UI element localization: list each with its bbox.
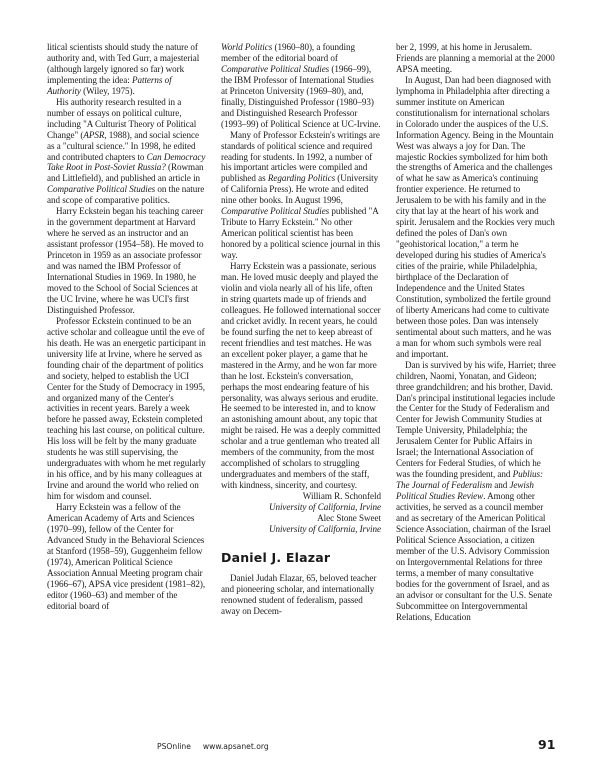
journal-page: litical scientists should study the natu… bbox=[0, 0, 600, 776]
signature-name: William R. Schonfeld bbox=[221, 491, 381, 502]
journal-title: Comparative Political Studies bbox=[47, 184, 155, 194]
text: (Wiley, 1975). bbox=[81, 86, 135, 96]
text: and bbox=[492, 480, 509, 490]
footer-site: PSOnlinewww.apsanet.org bbox=[157, 742, 269, 751]
text: litical scientists should study the natu… bbox=[47, 42, 199, 85]
paragraph: Professor Eckstein continued to be an ac… bbox=[47, 316, 207, 502]
paragraph: Harry Eckstein was a passionate, serious… bbox=[221, 261, 381, 491]
paragraph: In August, Dan had been diagnosed with l… bbox=[396, 75, 556, 360]
text-column-2: World Politics (1960–80), a founding mem… bbox=[221, 42, 381, 617]
journal-title: Comparative Political Studies bbox=[221, 206, 329, 216]
text-column-3: ber 2, 1999, at his home in Jerusalem. F… bbox=[396, 42, 556, 623]
publication-name: PSOnline bbox=[157, 742, 191, 751]
paragraph: Many of Professor Eckstein's writings ar… bbox=[221, 130, 381, 261]
paragraph: Harry Eckstein began his teaching career… bbox=[47, 206, 207, 316]
paragraph: ber 2, 1999, at his home in Jerusalem. F… bbox=[396, 42, 556, 75]
book-title: Regarding Politics bbox=[268, 173, 335, 183]
signature-affiliation: University of California, Irvine bbox=[221, 524, 381, 535]
paragraph: litical scientists should study the natu… bbox=[47, 42, 207, 97]
text: Dan is survived by his wife, Harriet; th… bbox=[396, 360, 556, 480]
signature-name: Alec Stone Sweet bbox=[221, 513, 381, 524]
journal-title: World Politics bbox=[221, 42, 272, 52]
obituary-heading: Daniel J. Elazar bbox=[221, 551, 381, 565]
paragraph: Dan is survived by his wife, Harriet; th… bbox=[396, 360, 556, 623]
journal-title: Comparative Political Studies bbox=[221, 64, 329, 74]
text: . Among other activities, he served as a… bbox=[396, 491, 552, 621]
paragraph: Harry Eckstein was a fellow of the Ameri… bbox=[47, 502, 207, 612]
page-number: 91 bbox=[538, 737, 555, 752]
journal-abbrev: APSR bbox=[83, 130, 104, 140]
paragraph: His authority research resulted in a num… bbox=[47, 97, 207, 207]
footer-url-link[interactable]: www.apsanet.org bbox=[203, 742, 269, 751]
text-column-1: litical scientists should study the natu… bbox=[47, 42, 207, 612]
paragraph: World Politics (1960–80), a founding mem… bbox=[221, 42, 381, 130]
paragraph: Daniel Judah Elazar, 65, beloved teacher… bbox=[221, 573, 381, 617]
signature-affiliation: University of California, Irvine bbox=[221, 502, 381, 513]
